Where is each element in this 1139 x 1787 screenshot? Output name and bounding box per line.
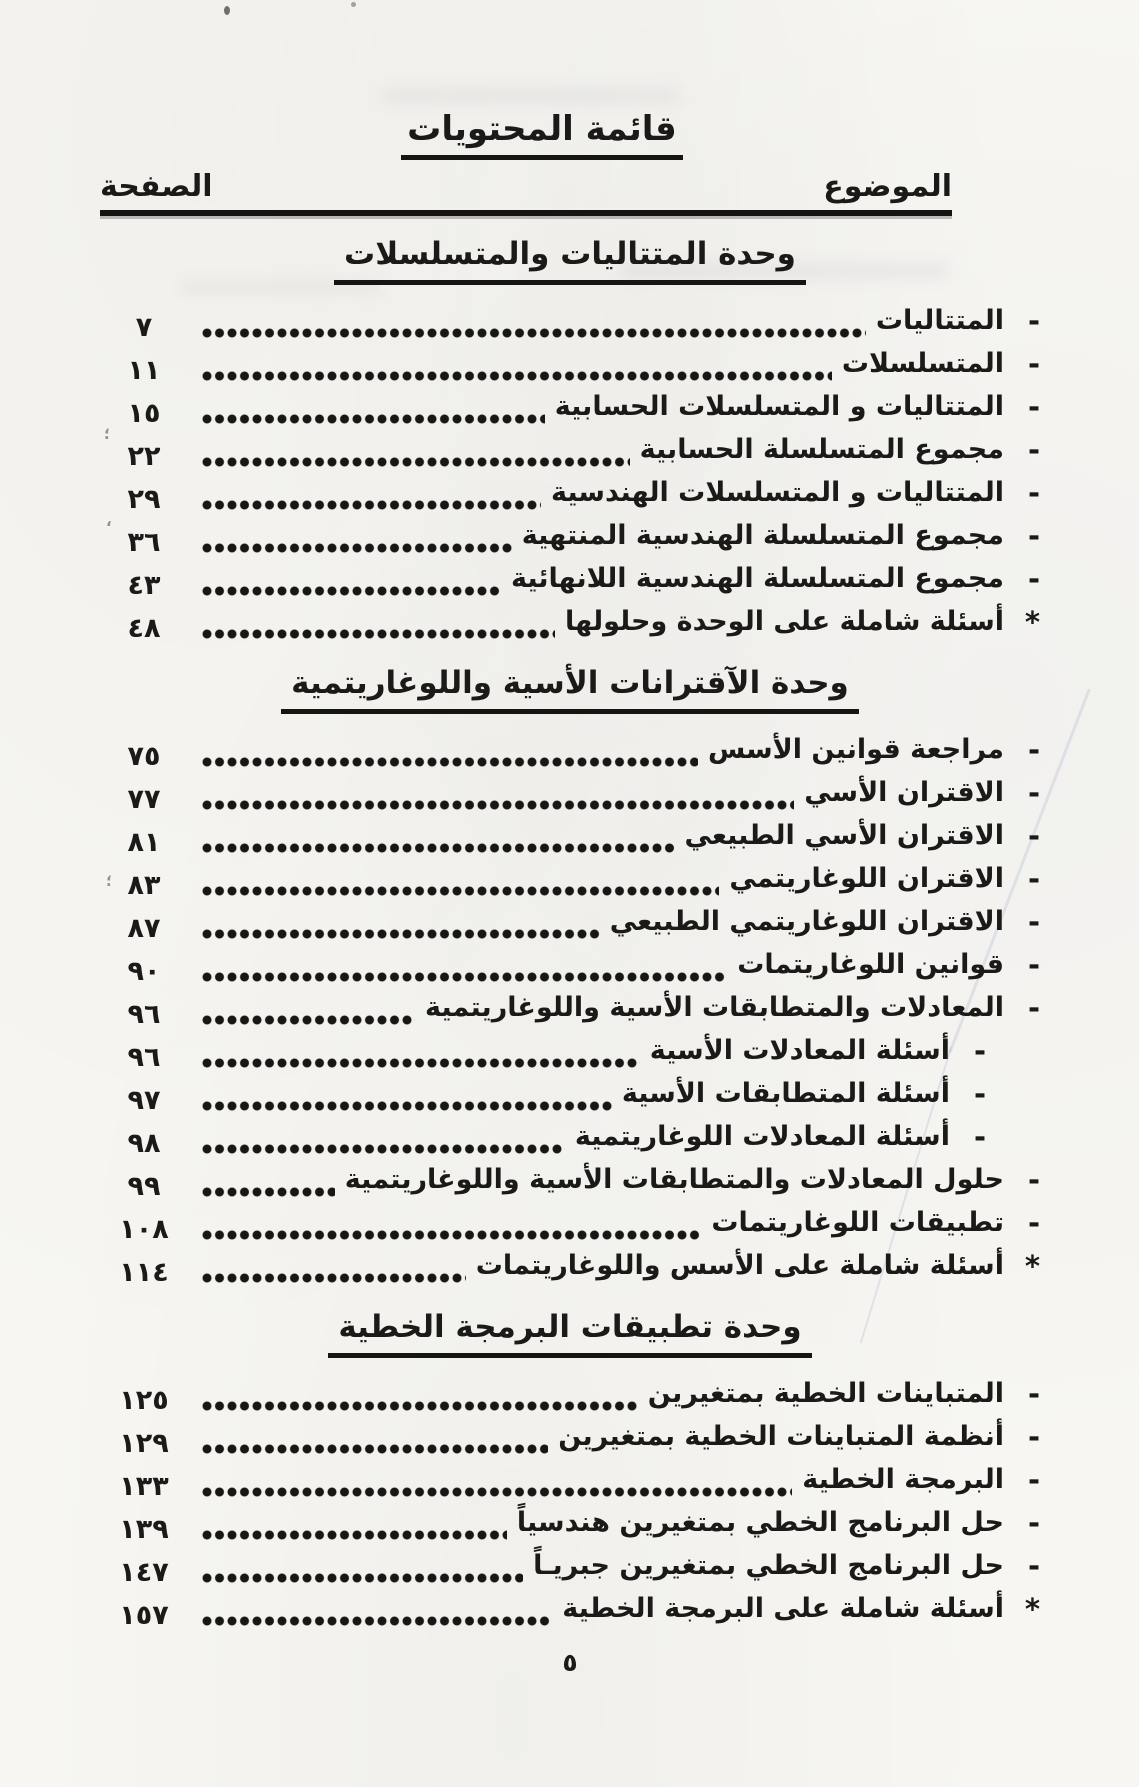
toc-row: - أسئلة المعادلات اللوغاريتمية ٩٨ — [100, 1119, 1040, 1162]
toc-row: - مجموع المتسلسلة الهندسية المنتهية ٣٦ — [100, 518, 1040, 561]
toc-row-page: ١٤٧ — [100, 1557, 188, 1589]
toc-row: - الاقتران الأسي الطبيعي ٨١ — [100, 818, 1040, 861]
toc-row: - المعادلات والمتطابقات الأسية واللوغاري… — [100, 990, 1040, 1033]
toc-row-page: ١٥ — [100, 398, 188, 430]
toc-row-page: ٧ — [100, 312, 188, 344]
toc-row-page: ٣٦ — [100, 527, 188, 559]
toc-row-page: ٩٧ — [100, 1085, 188, 1117]
toc-row-label: مجموع المتسلسلة الهندسية المنتهية — [522, 518, 1004, 554]
toc-row-marker: - — [1004, 518, 1040, 554]
toc-row-marker: - — [950, 1033, 986, 1069]
toc-row-marker: - — [1004, 947, 1040, 983]
toc-row-label: المعادلات والمتطابقات الأسية واللوغاريتم… — [425, 990, 1004, 1026]
toc-row-label: قوانين اللوغاريتمات — [737, 947, 1004, 983]
toc-row-page: ٤٣ — [100, 570, 188, 602]
toc-row-label: مراجعة قوانين الأسس — [708, 732, 1004, 768]
toc-row-marker: - — [1004, 818, 1040, 854]
toc-row-page: ١٢٩ — [100, 1428, 188, 1460]
scan-speck — [351, 2, 356, 7]
toc-row-label: الاقتران اللوغاريتمي — [729, 861, 1004, 897]
toc-row: - حلول المعادلات والمتطابقات الأسية والل… — [100, 1162, 1040, 1205]
toc-leader-dots — [202, 1058, 640, 1068]
toc-leader-dots — [202, 586, 501, 596]
toc-row: - البرمجة الخطية ١٣٣ — [100, 1462, 1040, 1505]
toc-row-page: ٨٣ — [100, 870, 188, 902]
scanned-toc-page: { "doc_title": "قائمة المحتويات", "heade… — [0, 0, 1139, 1787]
toc-row-label: مجموع المتسلسلة الحسابية — [640, 432, 1004, 468]
toc-row-label: تطبيقات اللوغاريتمات — [711, 1205, 1004, 1241]
toc-leader-dots — [202, 1444, 548, 1454]
toc-row: - المتتاليات ٧ — [100, 303, 1040, 346]
toc-row-label: أسئلة المعادلات اللوغاريتمية — [575, 1119, 950, 1155]
toc-row-marker: - — [1004, 1376, 1040, 1412]
toc-row: - الاقتران اللوغاريتمي ٨٣ — [100, 861, 1040, 904]
toc-row-page: ٩٦ — [100, 1042, 188, 1074]
toc-row-label: المتباينات الخطية بمتغيرين — [648, 1376, 1004, 1412]
toc-row: - تطبيقات اللوغاريتمات ١٠٨ — [100, 1205, 1040, 1248]
toc-row-page: ١٣٩ — [100, 1514, 188, 1546]
toc-leader-dots — [202, 1616, 552, 1626]
toc-row-label: المتتاليات — [876, 303, 1004, 339]
section-items: - المتتاليات ٧ - المتسلسلات ١١ - المتتال… — [100, 303, 1040, 647]
toc-row-label: حل البرنامج الخطي بمتغيرين هندسياً — [517, 1505, 1004, 1541]
toc-leader-dots — [202, 1401, 638, 1411]
toc-section: وحدة تطبيقات البرمجة الخطية - المتباينات… — [100, 1307, 1040, 1634]
toc-row-marker: - — [950, 1119, 986, 1155]
toc-row-label: الاقتران الأسي — [804, 775, 1004, 811]
toc-header: الموضوع الصفحة — [100, 168, 952, 216]
toc-leader-dots — [202, 757, 698, 767]
toc-leader-dots — [202, 1144, 565, 1154]
toc-row: - الاقتران اللوغاريتمي الطبيعي ٨٧ — [100, 904, 1040, 947]
page-title: قائمة المحتويات — [401, 108, 683, 160]
toc-section: وحدة المتتاليات والمتسلسلات - المتتاليات… — [100, 234, 1040, 647]
toc-row: * أسئلة شاملة على الوحدة وحلولها ٤٨ — [100, 604, 1040, 647]
toc-leader-dots — [202, 1230, 701, 1240]
scan-ghosting — [380, 88, 680, 104]
toc-row-page: ٩٠ — [100, 956, 188, 988]
toc-leader-dots — [202, 972, 727, 982]
toc-row-label: أسئلة شاملة على البرمجة الخطية — [562, 1591, 1004, 1627]
toc-row: - المتباينات الخطية بمتغيرين ١٢٥ — [100, 1376, 1040, 1419]
toc-row-marker: - — [1004, 432, 1040, 468]
toc-row-marker: - — [1004, 1505, 1040, 1541]
toc-leader-dots — [202, 1015, 415, 1025]
toc-row-marker: - — [1004, 475, 1040, 511]
toc-row-marker: - — [1004, 346, 1040, 382]
toc-row: * أسئلة شاملة على البرمجة الخطية ١٥٧ — [100, 1591, 1040, 1634]
header-rule — [100, 210, 952, 216]
toc-leader-dots — [202, 1101, 612, 1111]
toc-row-page: ٨١ — [100, 827, 188, 859]
toc-row-label: أسئلة المتطابقات الأسية — [622, 1076, 950, 1112]
toc-row: - أسئلة المعادلات الأسية ٩٦ — [100, 1033, 1040, 1076]
toc-row-label: المتسلسلات — [842, 346, 1004, 382]
toc-leader-dots — [202, 800, 794, 810]
toc-row-marker: * — [1004, 604, 1040, 640]
toc-section: وحدة الآقترانات الأسية واللوغاريتمية - م… — [100, 663, 1040, 1291]
toc-row-label: المتتاليات و المتسلسلات الحسابية — [555, 389, 1004, 425]
toc-row-marker: - — [1004, 1548, 1040, 1584]
toc-row-page: ٧٧ — [100, 784, 188, 816]
toc-row-page: ٩٩ — [100, 1171, 188, 1203]
toc-row-marker: - — [1004, 1419, 1040, 1455]
toc-row: - مجموع المتسلسلة الحسابية ٢٢ — [100, 432, 1040, 475]
toc-row-marker: * — [1004, 1248, 1040, 1284]
toc-row-marker: - — [1004, 1462, 1040, 1498]
toc-row-page: ٢٩ — [100, 484, 188, 516]
toc-row-page: ١١٤ — [100, 1257, 188, 1289]
toc-row-label: الاقتران الأسي الطبيعي — [685, 818, 1004, 854]
section-title-text: وحدة الآقترانات الأسية واللوغاريتمية — [281, 663, 859, 714]
toc-leader-dots — [202, 543, 512, 553]
toc-row: - قوانين اللوغاريتمات ٩٠ — [100, 947, 1040, 990]
toc-row: - المتسلسلات ١١ — [100, 346, 1040, 389]
toc-leader-dots — [202, 929, 600, 939]
toc-leader-dots — [202, 1530, 507, 1540]
toc-row: - مراجعة قوانين الأسس ٧٥ — [100, 732, 1040, 775]
toc-leader-dots — [202, 629, 555, 639]
toc-leader-dots — [202, 1273, 466, 1283]
section-title-text: وحدة تطبيقات البرمجة الخطية — [328, 1307, 811, 1358]
toc-leader-dots — [202, 1573, 523, 1583]
toc-row-marker: - — [1004, 561, 1040, 597]
toc-row: - حل البرنامج الخطي بمتغيرين جبريـاً ١٤٧ — [100, 1548, 1040, 1591]
toc-row: - المتتاليات و المتسلسلات الحسابية ١٥ — [100, 389, 1040, 432]
toc-row-marker: - — [950, 1076, 986, 1112]
toc-leader-dots — [202, 457, 630, 467]
toc-row: - أسئلة المتطابقات الأسية ٩٧ — [100, 1076, 1040, 1119]
toc-row-label: أسئلة المعادلات الأسية — [650, 1033, 950, 1069]
toc-sections: وحدة المتتاليات والمتسلسلات - المتتاليات… — [100, 234, 1040, 1634]
toc-row-page: ٧٥ — [100, 741, 188, 773]
toc-row-page: ٢٢ — [100, 441, 188, 473]
toc-row-page: ٨٧ — [100, 913, 188, 945]
toc-row-page: ١٠٨ — [100, 1214, 188, 1246]
toc-row: - المتتاليات و المتسلسلات الهندسية ٢٩ — [100, 475, 1040, 518]
toc-leader-dots — [202, 886, 719, 896]
toc-leader-dots — [202, 371, 832, 381]
toc-leader-dots — [202, 1487, 792, 1497]
toc-row-label: أسئلة شاملة على الوحدة وحلولها — [565, 604, 1004, 640]
toc-row: - مجموع المتسلسلة الهندسية اللانهائية ٤٣ — [100, 561, 1040, 604]
toc-leader-dots — [202, 414, 545, 424]
toc-row-marker: * — [1004, 1591, 1040, 1627]
toc-row: * أسئلة شاملة على الأسس واللوغاريتمات ١١… — [100, 1248, 1040, 1291]
section-title-text: وحدة المتتاليات والمتسلسلات — [334, 234, 806, 285]
toc-row-label: الاقتران اللوغاريتمي الطبيعي — [610, 904, 1004, 940]
toc-row-label: أنظمة المتباينات الخطية بمتغيرين — [558, 1419, 1004, 1455]
toc-row-label: أسئلة شاملة على الأسس واللوغاريتمات — [476, 1248, 1004, 1284]
toc-leader-dots — [202, 328, 866, 338]
toc-leader-dots — [202, 1187, 335, 1197]
toc-row-marker: - — [1004, 1205, 1040, 1241]
toc-row-page: ١٥٧ — [100, 1600, 188, 1632]
toc-row-marker: - — [1004, 1162, 1040, 1198]
header-page-label: الصفحة — [100, 168, 213, 206]
toc-row-marker: - — [1004, 303, 1040, 339]
toc-row-page: ٩٨ — [100, 1128, 188, 1160]
footer-page-number: ٥ — [562, 1648, 577, 1677]
toc-leader-dots — [202, 843, 675, 853]
page-content: قائمة المحتويات الموضوع الصفحة وحدة المت… — [0, 108, 1139, 1677]
toc-row-marker: - — [1004, 990, 1040, 1026]
toc-row: - أنظمة المتباينات الخطية بمتغيرين ١٢٩ — [100, 1419, 1040, 1462]
toc-row-page: ٩٦ — [100, 999, 188, 1031]
toc-row-label: حل البرنامج الخطي بمتغيرين جبريـاً — [533, 1548, 1004, 1584]
section-items: - المتباينات الخطية بمتغيرين ١٢٥ - أنظمة… — [100, 1376, 1040, 1634]
toc-row: - حل البرنامج الخطي بمتغيرين هندسياً ١٣٩ — [100, 1505, 1040, 1548]
toc-row-label: البرمجة الخطية — [802, 1462, 1004, 1498]
toc-row-label: مجموع المتسلسلة الهندسية اللانهائية — [511, 561, 1004, 597]
toc-row-page: ١٣٣ — [100, 1471, 188, 1503]
header-topic-label: الموضوع — [823, 168, 952, 206]
toc-leader-dots — [202, 500, 541, 510]
toc-row: - الاقتران الأسي ٧٧ — [100, 775, 1040, 818]
toc-row-page: ٤٨ — [100, 613, 188, 645]
toc-row-marker: - — [1004, 732, 1040, 768]
scan-speck — [224, 6, 230, 15]
section-items: - مراجعة قوانين الأسس ٧٥ - الاقتران الأس… — [100, 732, 1040, 1291]
toc-row-marker: - — [1004, 904, 1040, 940]
toc-row-marker: - — [1004, 389, 1040, 425]
toc-row-marker: - — [1004, 775, 1040, 811]
toc-row-marker: - — [1004, 861, 1040, 897]
toc-row-page: ١١ — [100, 355, 188, 387]
toc-row-label: المتتاليات و المتسلسلات الهندسية — [551, 475, 1004, 511]
toc-row-page: ١٢٥ — [100, 1385, 188, 1417]
toc-row-label: حلول المعادلات والمتطابقات الأسية واللوغ… — [345, 1162, 1004, 1198]
